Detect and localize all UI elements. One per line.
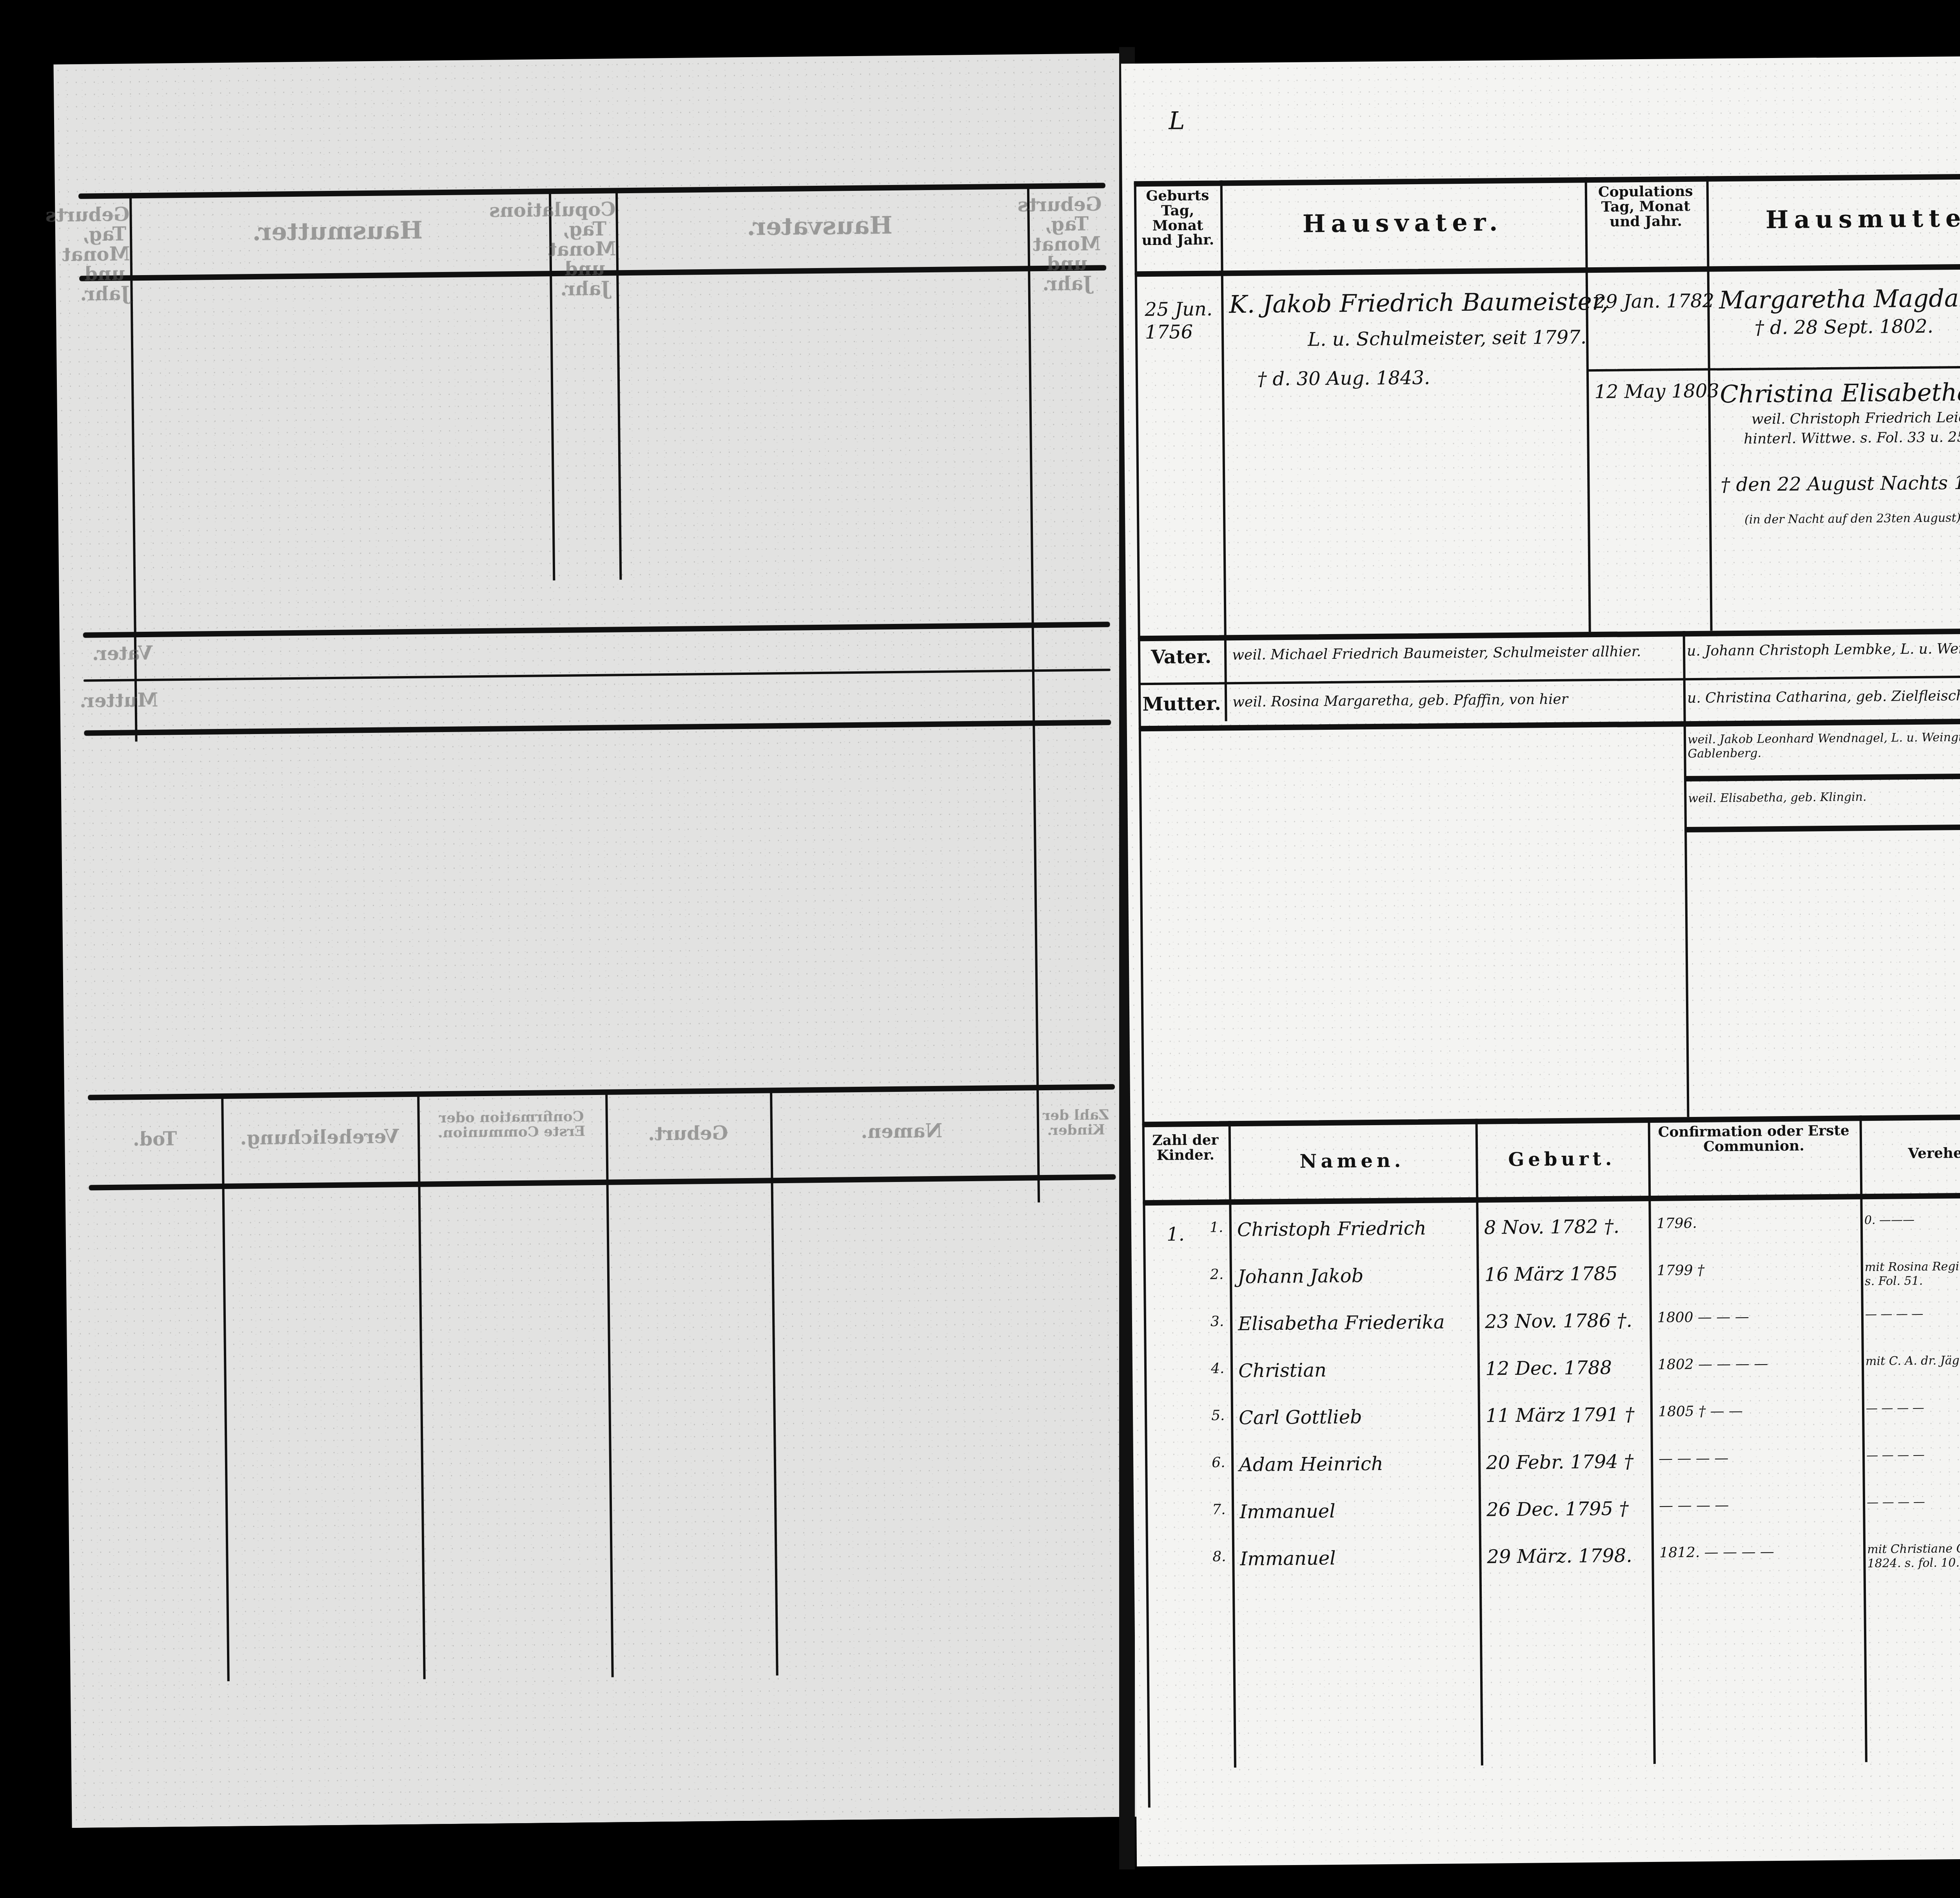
left-ch-geburt: Geburt. <box>610 1123 767 1144</box>
header-verehelichung: Verehelichung. <box>1864 1145 1960 1162</box>
copulation-date-2: 12 May 1803 <box>1594 380 1719 403</box>
child-row: 7.Immanuel26 Dec. 1795 †— — — —— — — —6 … <box>1121 54 1960 64</box>
child-row: 2.Johann Jakob16 März 17851799 †mit Rosi… <box>1121 54 1960 64</box>
child-marriage: mit Rosina Regina g. Bürger 1808 s. Fol.… <box>1865 1259 1960 1289</box>
child-name: Elisabetha Friederika <box>1238 1311 1445 1336</box>
father-death: † d. 30 Aug. 1843. <box>1257 367 1430 391</box>
marriage-group-number: 1. <box>1167 1223 1185 1246</box>
left-ch-tod: Tod. <box>92 1129 218 1150</box>
header-geburt: Geburt. <box>1479 1149 1644 1170</box>
child-number: 7. <box>1212 1501 1226 1518</box>
header-confirmation: Confirmation oder Erste Communion. <box>1652 1123 1856 1155</box>
child-row: 5.Carl Gottlieb11 März 1791 †1805 † — ——… <box>1121 54 1960 64</box>
child-number: 1. <box>1210 1219 1223 1236</box>
child-number: 2. <box>1210 1266 1224 1283</box>
header-hausmutter: Hausmutter. <box>1710 205 1960 233</box>
rule <box>770 1088 779 1675</box>
left-label-vater: Vater. <box>87 644 158 664</box>
left-header-birth: Geburts Tag, Monat und Jahr. <box>78 205 131 304</box>
wife2-father: weil. Jakob Leonhard Wendnagel, L. u. We… <box>1688 730 1960 761</box>
rule <box>1027 183 1040 1202</box>
child-birth: 11 März 1791 † <box>1486 1403 1635 1427</box>
wife1-father: u. Johann Christoph Lembke, L. u. Weingt… <box>1687 640 1960 660</box>
child-name: Johann Jakob <box>1238 1265 1364 1288</box>
rule <box>1229 1121 1236 1767</box>
child-row: 3.Elisabetha Friederika23 Nov. 1786 †.18… <box>1121 54 1960 64</box>
rule <box>1475 1119 1483 1766</box>
letter-mark: L <box>1169 106 1185 136</box>
child-number: 5. <box>1211 1407 1225 1424</box>
rule <box>83 669 1111 682</box>
left-ch-confirmation: Confirmation oder Erste Communion. <box>421 1109 602 1140</box>
page-border-left <box>1134 181 1151 1807</box>
child-row: 6.Adam Heinrich20 Febr. 1794 †— — — —— —… <box>1121 54 1960 64</box>
child-confirmation: — — — — <box>1659 1497 1729 1514</box>
rule <box>84 720 1111 736</box>
child-row: 8.Immanuel29 März. 1798.1812. — — — —mit… <box>1121 54 1960 64</box>
rule <box>417 1091 426 1679</box>
rule <box>88 1084 1115 1100</box>
child-confirmation: 1805 † — — <box>1658 1403 1743 1420</box>
child-number: 3. <box>1210 1313 1224 1330</box>
father-mother: weil. Rosina Margaretha, geb. Pfaffin, v… <box>1232 691 1568 711</box>
left-label-mutter: Mutter. <box>87 691 158 711</box>
rule <box>605 1089 614 1677</box>
child-confirmation: 1796. <box>1657 1215 1697 1232</box>
children-list: 1.Christoph Friedrich8 Nov. 1782 †.1796.… <box>1121 54 1960 64</box>
child-confirmation: — — — — <box>1659 1450 1729 1467</box>
header-father-birth: Geburts Tag, Monat und Jahr. <box>1136 188 1219 248</box>
child-marriage: mit C. A. dr. Jäger. s. fol. 9. <box>1866 1353 1960 1369</box>
copulation-date-1: 29 Jan. 1782 <box>1593 290 1714 313</box>
child-birth: 29 März. 1798. <box>1487 1545 1632 1568</box>
left-ch-zahl: Zahl der Kinder. <box>1041 1108 1112 1138</box>
rule <box>1143 1191 1960 1206</box>
wife2-mother: weil. Elisabetha, geb. Klingin. <box>1688 790 1866 806</box>
child-number: 4. <box>1211 1360 1225 1377</box>
child-marriage: — — — — <box>1865 1306 1960 1322</box>
wife1-death: † d. 28 Sept. 1802. <box>1755 315 1934 340</box>
rule <box>1684 823 1960 832</box>
child-number: 6. <box>1212 1454 1225 1471</box>
header-namen: Namen. <box>1232 1150 1472 1172</box>
rule <box>1134 172 1960 187</box>
header-zahl: Zahl der Kinder. <box>1146 1133 1225 1163</box>
child-marriage: — — — — <box>1866 1447 1960 1463</box>
header-copulation: Copulations Tag, Monat und Jahr. <box>1589 184 1703 230</box>
child-name: Immanuel <box>1240 1500 1336 1524</box>
child-confirmation: 1812. — — — — <box>1659 1543 1774 1561</box>
child-birth: 16 März 1785 <box>1485 1263 1618 1287</box>
rule <box>1139 717 1960 731</box>
rule <box>1585 177 1591 632</box>
child-marriage: — — — — <box>1866 1400 1960 1416</box>
left-ch-verehelichung: Verehelichung. <box>225 1127 414 1148</box>
wife2-death: † den 22 August Nachts 11 Uhr 1831 <box>1720 471 1960 496</box>
left-ch-namen: Namen. <box>774 1120 1029 1142</box>
child-birth: 8 Nov. 1782 †. <box>1484 1216 1620 1240</box>
child-row: 1.Christoph Friedrich8 Nov. 1782 †.1796.… <box>1121 54 1960 64</box>
rule <box>1648 1117 1655 1764</box>
left-header-birth-2: Geburts Tag, Monat und Jahr. <box>1031 194 1103 294</box>
child-row: 4.Christian12 Dec. 17881802 — — — —mit C… <box>1121 54 1960 64</box>
rule <box>615 188 622 580</box>
father-occupation: L. u. Schulmeister, seit 1797. <box>1308 326 1586 351</box>
rule <box>1138 674 1960 685</box>
left-header-copulation: Copulations Tag, Monat und Jahr. <box>553 199 617 299</box>
child-birth: 20 Febr. 1794 † <box>1486 1450 1633 1474</box>
rule <box>1135 263 1960 277</box>
left-header-father: Hausvater. <box>663 212 977 240</box>
child-marriage: — — — — <box>1867 1494 1960 1510</box>
father-birth-date: 25 Jun. 1756 <box>1145 298 1216 344</box>
child-name: Christian <box>1238 1359 1327 1383</box>
child-birth: 26 Dec. 1795 † <box>1486 1497 1629 1521</box>
left-page: Geburts Tag, Monat und Jahr. Hausmutter.… <box>54 53 1138 1828</box>
wife1-mother: u. Christina Catharina, geb. Zielfleisch… <box>1687 687 1960 707</box>
rule <box>1586 364 1960 372</box>
left-header-mother: Hausmutter. <box>181 217 495 245</box>
wife1-name: Margaretha Magdalena I. <box>1719 283 1960 315</box>
wife2-death-note: (in der Nacht auf den 23ten August) <box>1744 511 1960 527</box>
father-father: weil. Michael Friedrich Baumeister, Schu… <box>1232 643 1679 663</box>
child-number: 8. <box>1212 1548 1226 1565</box>
child-marriage: 0. ——— <box>1864 1212 1960 1228</box>
child-confirmation: 1800 — — — <box>1657 1309 1749 1326</box>
rule <box>221 1093 230 1681</box>
rule <box>78 183 1105 199</box>
wife2-widow-of: weil. Christoph Friedrich Leichtle <box>1751 409 1960 428</box>
father-name: K. Jakob Friedrich Baumeister, <box>1229 287 1609 319</box>
child-birth: 12 Dec. 1788 <box>1485 1357 1612 1380</box>
rule <box>89 1174 1116 1190</box>
label-mutter: Mutter. <box>1142 694 1221 714</box>
child-birth: 23 Nov. 1786 †. <box>1485 1309 1632 1333</box>
header-hausvater: Hausvater. <box>1224 208 1581 237</box>
rule <box>1859 1115 1867 1762</box>
wife2-name: Christina Elisabetha II. <box>1720 377 1960 409</box>
child-name: Adam Heinrich <box>1239 1453 1383 1477</box>
label-vater: Vater. <box>1142 647 1220 667</box>
right-page: 7 L Geburts Tag, Monat und Jahr. Hausvat… <box>1121 54 1960 1867</box>
child-confirmation: 1802 — — — — <box>1658 1355 1768 1373</box>
child-name: Immanuel <box>1240 1547 1336 1571</box>
child-confirmation: 1799 † <box>1657 1262 1704 1279</box>
paper-texture <box>54 53 1138 1828</box>
rule <box>1684 772 1960 781</box>
wife2-reference: hinterl. Wittwe. s. Fol. 33 u. 250. <box>1744 429 1960 448</box>
child-name: Carl Gottlieb <box>1239 1406 1362 1429</box>
rule <box>1706 176 1713 631</box>
rule <box>83 622 1110 638</box>
child-name: Christoph Friedrich <box>1237 1217 1426 1242</box>
rule <box>1138 627 1960 641</box>
child-marriage: mit Christiane Cath. Ulmer geb. 1824. s.… <box>1867 1541 1960 1571</box>
